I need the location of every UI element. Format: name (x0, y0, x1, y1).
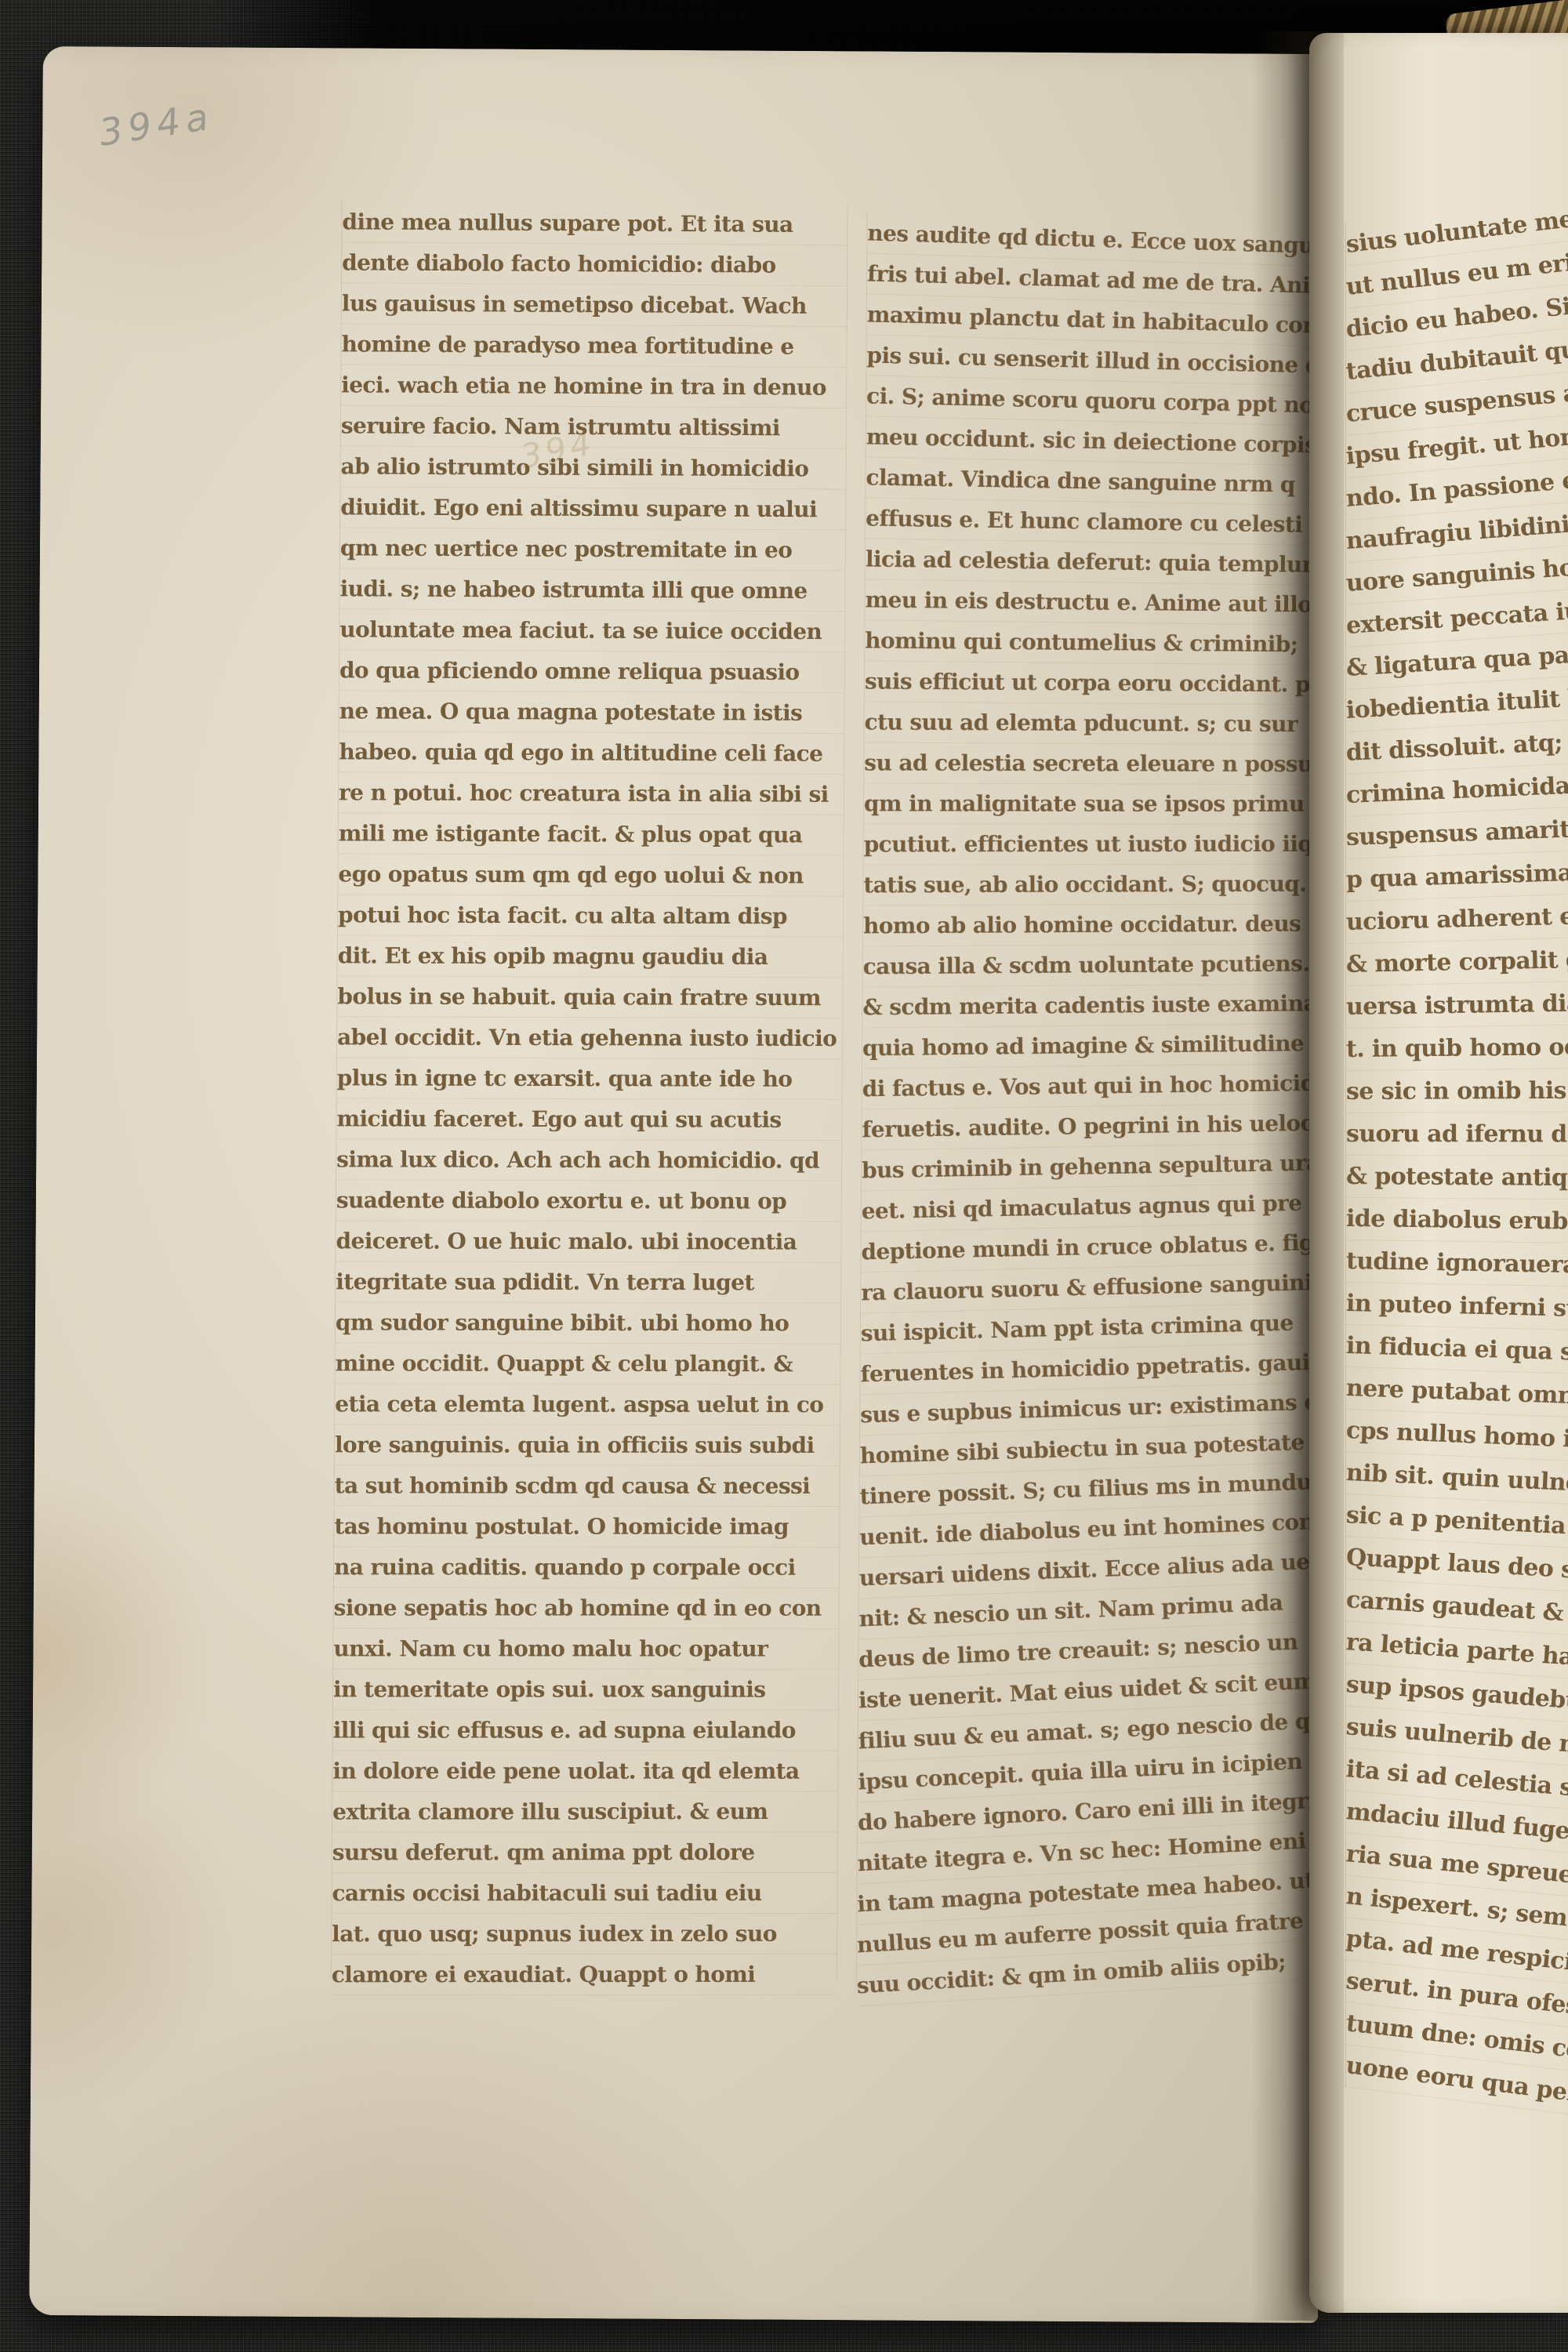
manuscript-text-line: mili me istigante facit. & plus opat qua (339, 813, 844, 855)
manuscript-text-line: su ad celestia secreta eleuare n possunt… (864, 742, 1308, 785)
manuscript-text-line: tas hominu postulat. O homicide imag (334, 1506, 839, 1548)
manuscript-text-line: ieci. wach etia ne homine in tra in denu… (341, 365, 846, 408)
manuscript-text-line: suadente diabolo exortu e. ut bonu op (336, 1180, 841, 1221)
manuscript-text-line: tudine ignorauerat. que (1346, 1240, 1568, 1287)
manuscript-text-line: sursu deferut. qm anima ppt dolore (332, 1832, 837, 1873)
manuscript-text-line: & morte corpalit gustaui (1345, 939, 1568, 986)
manuscript-text-line: habeo. quia qd ego in altitudine celi fa… (339, 731, 844, 775)
manuscript-text-line: na ruina caditis. quando p corpale occi (334, 1547, 839, 1588)
manuscript-text-line: effusus e. Et hunc clamore cu celesti mu (866, 498, 1310, 545)
left-page-parchment: 394a 394 dine mea nullus supare pot. Et … (29, 46, 1332, 2323)
manuscript-text-line: p qua amarissima ira eiu (1345, 852, 1568, 902)
manuscript-text-line: crimina homicidaru detsit (1345, 764, 1568, 817)
text-column-right: nes audite qd dictu e. Ecce uox sanguini… (856, 212, 1312, 1991)
manuscript-text-line: & potestate antiqui hostis (1346, 1156, 1568, 1200)
manuscript-text-line: plus in igne tc exarsit. qua ante ide ho (337, 1058, 842, 1100)
manuscript-text-line: se sic in omib his signis d (1346, 1070, 1568, 1113)
manuscript-text-line: ne mea. O qua magna potestate in istis (339, 691, 844, 734)
manuscript-text-line: suspensus amaritudine po (1345, 808, 1568, 859)
pencil-folio-number: 394a (96, 95, 216, 154)
manuscript-text-line: ide diabolus erubuit. qd ta (1346, 1198, 1568, 1243)
manuscript-text-line: pcutiut. efficientes ut iusto iudicio ii… (864, 824, 1308, 866)
manuscript-text-line: lat. quo usq; supnus iudex in zelo suo (332, 1914, 837, 1955)
manuscript-text-line: homo ab alio homine occidatur. deus (863, 904, 1307, 947)
manuscript-text-line: suoru ad ifernu descendit (1346, 1113, 1568, 1156)
manuscript-text-line: uoluntate mea faciut. ta se iuice occide… (339, 609, 844, 652)
manuscript-text-line: di factus e. Vos aut qui in hoc homicidi… (862, 1063, 1306, 1109)
manuscript-text-line: illi qui sic effusus e. ad supna eiuland… (333, 1710, 838, 1751)
manuscript-text-line: carnis occisi habitaculi sui tadiu eiu (332, 1873, 837, 1914)
manuscript-text-line: ego opatus sum qm qd ego uolui & non (338, 854, 843, 896)
manuscript-text-line: meu in eis destructu e. Anime aut illoru (865, 579, 1309, 625)
manuscript-text-line: lus gauisus in semetipso dicebat. Wach (342, 283, 847, 327)
manuscript-text-line: qm sudor sanguine bibit. ubi homo ho (336, 1302, 840, 1344)
manuscript-text-line: lore sanguinis. quia in officiis suis su… (335, 1425, 840, 1466)
manuscript-text-line: dit. Et ex his opib magnu gaudiu dia (338, 935, 843, 978)
manuscript-text-line: tatis sue, ab alio occidant. S; quocuq. … (863, 864, 1307, 906)
manuscript-text-line: in fiducia ei qua se homin (1345, 1325, 1568, 1374)
manuscript-text-line: deiceret. O ue huic malo. ubi inocentia (336, 1221, 840, 1262)
manuscript-text-line: abel occidit. Vn etia gehenna iusto iudi… (337, 1017, 842, 1059)
manuscript-text-line: bolus in se habuit. quia cain fratre suu… (337, 976, 842, 1018)
manuscript-text-line: suis efficiut ut corpa eoru occidant. pl… (865, 661, 1308, 705)
manuscript-text-line: & scdm merita cadentis iuste examinat. (862, 983, 1306, 1028)
manuscript-text-line: do qua pficiendo omne reliqua psuasio (339, 650, 844, 693)
manuscript-text-line: unxi. Nam cu homo malu hoc opatur (333, 1628, 838, 1669)
text-column-left: dine mea nullus supare pot. Et ita suade… (331, 201, 848, 1981)
manuscript-text-line: in puteo inferni supare ua (1345, 1283, 1568, 1330)
manuscript-text-line: extrita clamore illu suscipiut. & eum (332, 1791, 837, 1832)
manuscript-text-line: uersa istrumta diaboli pl (1346, 983, 1568, 1029)
manuscript-text-line: re n potui. hoc creatura ista in alia si… (339, 772, 844, 815)
manuscript-text-line: sima lux dico. Ach ach ach homicidio. qd (336, 1139, 841, 1181)
right-page-edge: sius uoluntate mea impleuiut nullus eu m… (1309, 33, 1568, 2313)
manuscript-photo: { "photo": { "colors": { "fabric_backgro… (0, 0, 1568, 2352)
manuscript-text-line: potui hoc ista facit. cu alta altam disp (338, 895, 843, 937)
manuscript-text-line: sione sepatis hoc ab homine qd in eo con (334, 1588, 839, 1628)
manuscript-text-line: t. in quib homo ocupiuit (1346, 1026, 1568, 1071)
manuscript-text-line: dente diabolo facto homicidio: diabo (342, 242, 847, 286)
manuscript-text-line: diuidit. Ego eni altissimu supare n ualu… (340, 487, 845, 530)
manuscript-text-line: in dolore eide pene uolat. ita qd elemta (332, 1751, 837, 1791)
manuscript-text-line: clamore ei exaudiat. Quappt o homi (332, 1955, 837, 1996)
manuscript-text-line: qm nec uertice nec postremitate in eo (340, 528, 845, 571)
manuscript-text-line: seruire facio. Nam istrumtu altissimi (341, 405, 846, 448)
manuscript-text-line: qm in malignitate sua se ipsos primu (864, 783, 1308, 824)
manuscript-text-line: ctu suu ad elemta pducunt. s; cu sur (864, 702, 1308, 745)
manuscript-text-line: ta sut hominib scdm qd causa & necessi (335, 1465, 840, 1507)
manuscript-text-line: causa illa & scdm uoluntate pcutiens. (863, 943, 1307, 987)
manuscript-text-line: ab alio istrumto sibi simili in homicidi… (340, 446, 845, 489)
manuscript-text-line: dine mea nullus supare pot. Et ita sua (342, 201, 847, 245)
manuscript-text-line: etia ceta elemta lugent. aspsa uelut in … (335, 1384, 840, 1425)
manuscript-text-line: iudi. s; ne habeo istrumta illi que omne (340, 568, 845, 612)
manuscript-text-line: ucioru adherent extinxit (1345, 895, 1568, 944)
manuscript-text-line: mine occidit. Quappt & celu plangit. & (336, 1343, 840, 1385)
manuscript-text-line: hominu qui contumelius & criminib; (865, 620, 1308, 665)
manuscript-text-line: homine de paradyso mea fortitudine e (341, 324, 846, 368)
manuscript-text-line: micidiu faceret. Ego aut qui su acutis (336, 1098, 841, 1141)
manuscript-text-line: in temeritate opis sui. uox sanguinis (333, 1669, 838, 1710)
manuscript-text-line: itegritate sua pdidit. Vn terra luget (336, 1261, 840, 1303)
text-column-sliver: sius uoluntate mea impleuiut nullus eu m… (1345, 224, 1568, 2087)
manuscript-text-line: quia homo ad imagine & similitudine (862, 1023, 1307, 1069)
manuscript-text-line: licia ad celestia deferut: quia templum (866, 539, 1310, 585)
